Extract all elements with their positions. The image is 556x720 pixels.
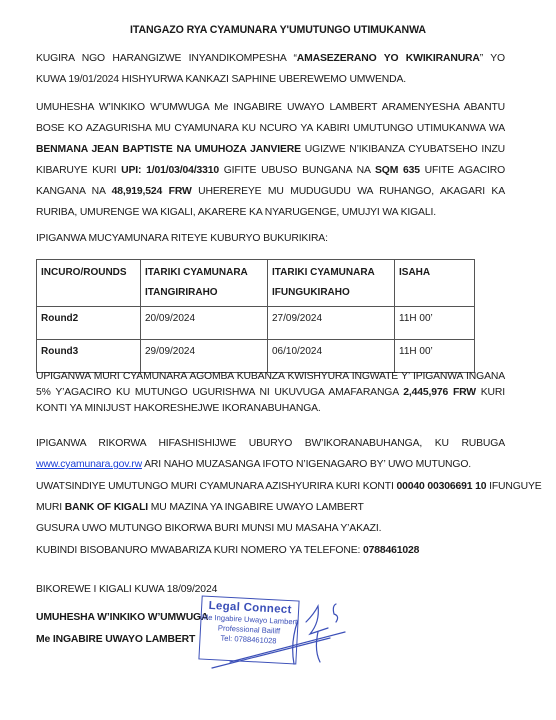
property-value: 48,919,524 FRW <box>112 186 192 197</box>
payment-text: MURI <box>36 502 65 513</box>
signature-icon <box>210 592 350 672</box>
visit-line: GUSURA UWO MUTUNGO BIKORWA BURI MUNSI MU… <box>36 523 381 534</box>
contact-phone: 0788461028 <box>363 545 419 556</box>
start-date-cell: 29/09/2024 <box>141 340 268 373</box>
online-bidding-text: ARI NAHO MUZASANGA IFOTO N’IGENAGARO BY’… <box>142 459 471 470</box>
contact-line: KUBINDI BISOBANURO MWABARIZA KURI NOMERO… <box>36 545 419 556</box>
contract-name: AMASEZERANO YO KWIKIRANURA <box>297 53 480 64</box>
deposit-amount: 2,445,976 FRW <box>403 387 476 398</box>
payment-line: UWATSINDIYE UMUTUNGO MURI CYAMUNARA AZIS… <box>36 481 542 492</box>
payment-line-2: MURI BANK OF KIGALI MU MAZINA YA INGABIR… <box>36 502 364 513</box>
property-upi: UPI: 1/01/03/04/3310 <box>121 165 219 176</box>
property-owners: BENMANA JEAN BAPTISTE NA UMUHOZA JANVIER… <box>36 144 301 155</box>
cyamunara-website-link[interactable]: www.cyamunara.gov.rw <box>36 459 142 470</box>
announcement-text: UMUHESHA W’INKIKO W’UMWUGA Me INGABIRE U… <box>36 102 505 134</box>
payment-text: UWATSINDIYE UMUTUNGO MURI CYAMUNARA AZIS… <box>36 481 396 492</box>
start-date-cell: 20/09/2024 <box>141 307 268 340</box>
intro-paragraph: KUGIRA NGO HARANGIZWE INYANDIKOMPESHA “A… <box>36 48 505 90</box>
header-time: ISAHA <box>395 260 475 307</box>
round-cell: Round2 <box>37 307 141 340</box>
end-date-cell: 06/10/2024 <box>268 340 395 373</box>
schedule-intro: IPIGANWA MUCYAMUNARA RITEYE KUBURYO BUKU… <box>36 233 328 244</box>
online-bidding-line-2: www.cyamunara.gov.rw ARI NAHO MUZASANGA … <box>36 459 471 470</box>
header-end-date: ITARIKI CYAMUNARA IFUNGUKIRAHO <box>268 260 395 307</box>
auction-schedule-table: INCURO/ROUNDS ITARIKI CYAMUNARA ITANGIRI… <box>36 259 475 373</box>
signoff-role: UMUHESHA W’INKIKO W’UMWUGA <box>36 612 208 623</box>
header-rounds: INCURO/ROUNDS <box>37 260 141 307</box>
account-number: 00040 00306691 10 <box>396 481 486 492</box>
announcement-text: GIFITE UBUSO BUNGANA NA <box>219 165 375 176</box>
contact-text: KUBINDI BISOBANURO MWABARIZA KURI NOMERO… <box>36 545 363 556</box>
bank-name: BANK OF KIGALI <box>65 502 148 513</box>
payment-text: IFUNGUYE <box>486 481 541 492</box>
signoff-place-date: BIKOREWE I KIGALI KUWA 18/09/2024 <box>36 584 217 595</box>
table-row: Round2 20/09/2024 27/09/2024 11H 00’ <box>37 307 475 340</box>
header-start-date: ITARIKI CYAMUNARA ITANGIRIRAHO <box>141 260 268 307</box>
table-header-row: INCURO/ROUNDS ITARIKI CYAMUNARA ITANGIRI… <box>37 260 475 307</box>
time-cell: 11H 00’ <box>395 340 475 373</box>
table-row: Round3 29/09/2024 06/10/2024 11H 00’ <box>37 340 475 373</box>
end-date-cell: 27/09/2024 <box>268 307 395 340</box>
payment-text-end: MU MAZINA YA INGABIRE UWAYO LAMBERT <box>148 502 364 513</box>
deposit-paragraph: UPIGANWA MURI CYAMUNARA AGOMBA KUBANZA K… <box>36 369 505 417</box>
document-title: ITANGAZO RYA CYAMUNARA Y'UMUTUNGO UTIMUK… <box>0 24 556 36</box>
signoff-name: Me INGABIRE UWAYO LAMBERT <box>36 634 195 645</box>
announcement-paragraph: UMUHESHA W’INKIKO W’UMWUGA Me INGABIRE U… <box>36 97 505 223</box>
online-bidding-line: IPIGANWA RIKORWA HIFASHISHIJWE UBURYO BW… <box>36 438 505 449</box>
time-cell: 11H 00’ <box>395 307 475 340</box>
property-area: SQM 635 <box>375 165 420 176</box>
round-cell: Round3 <box>37 340 141 373</box>
intro-text: KUGIRA NGO HARANGIZWE INYANDIKOMPESHA “ <box>36 53 297 64</box>
